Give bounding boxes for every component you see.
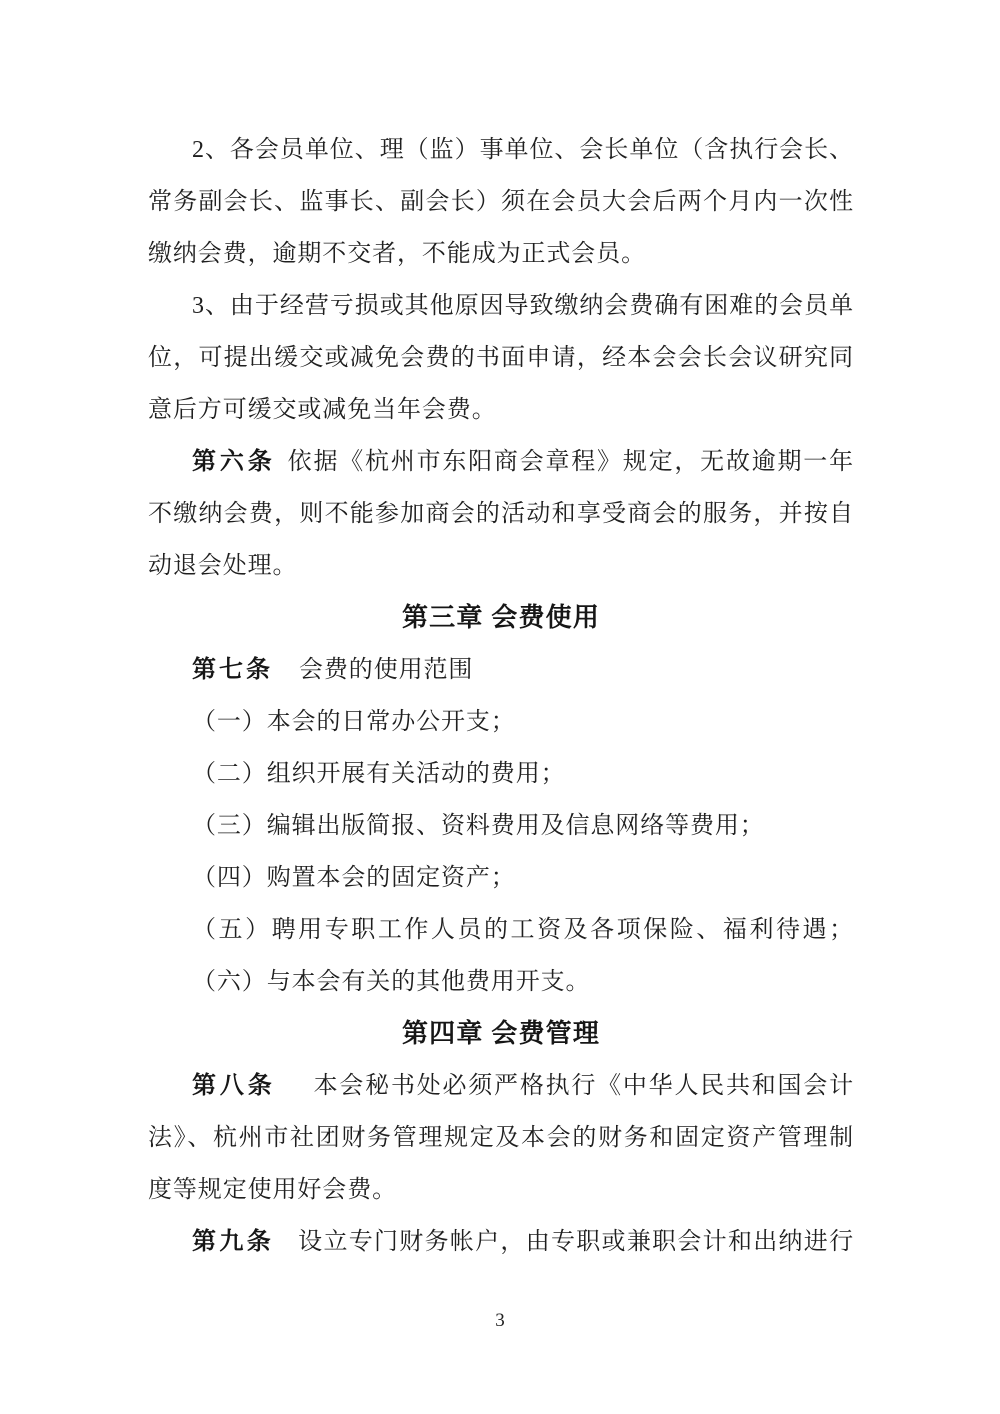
fee-use-item-4: （四）购置本会的固定资产； (148, 852, 854, 904)
paragraph-member-dues-text: 2、各会员单位、理（监）事单位、会长单位（含执行会长、常务副会长、监事长、副会长… (148, 137, 854, 267)
article-6-number: 第六条 (192, 449, 276, 475)
chapter-3-heading: 第三章 会费使用 (148, 592, 854, 644)
fee-use-item-5-text: （五）聘用专职工作人员的工资及各项保险、福利待遇； (192, 917, 854, 943)
fee-use-item-6: （六）与本会有关的其他费用开支。 (148, 956, 854, 1008)
document-body: 2、各会员单位、理（监）事单位、会长单位（含执行会长、常务副会长、监事长、副会长… (148, 124, 854, 1268)
article-9-number: 第九条 (192, 1229, 274, 1255)
fee-use-item-1-text: （一）本会的日常办公开支； (192, 709, 516, 735)
paragraph-dues-relief: 3、由于经营亏损或其他原因导致缴纳会费确有困难的会员单位，可提出缓交或减免会费的… (148, 280, 854, 436)
article-7-text: 会费的使用范围 (299, 657, 473, 683)
article-8-paragraph: 第八条本会秘书处必须严格执行《中华人民共和国会计法》、杭州市社团财务管理规定及本… (148, 1060, 854, 1216)
fee-use-item-2-text: （二）组织开展有关活动的费用； (192, 761, 566, 787)
fee-use-item-1: （一）本会的日常办公开支； (148, 696, 854, 748)
fee-use-item-4-text: （四）购置本会的固定资产； (192, 865, 516, 891)
article-7-paragraph: 第七条会费的使用范围 (148, 644, 854, 696)
fee-use-item-2: （二）组织开展有关活动的费用； (148, 748, 854, 800)
page-number: 3 (0, 1306, 1000, 1336)
chapter-4-heading: 第四章 会费管理 (148, 1008, 854, 1060)
fee-use-item-5: （五）聘用专职工作人员的工资及各项保险、福利待遇； (148, 904, 854, 956)
article-9-text: 设立专门财务帐户，由专职或兼职会计和出纳进行 (298, 1229, 854, 1255)
paragraph-member-dues: 2、各会员单位、理（监）事单位、会长单位（含执行会长、常务副会长、监事长、副会长… (148, 124, 854, 280)
fee-use-item-3-text: （三）编辑出版简报、资料费用及信息网络等费用； (192, 813, 765, 839)
fee-use-item-3: （三）编辑出版简报、资料费用及信息网络等费用； (148, 800, 854, 852)
paragraph-dues-relief-text: 3、由于经营亏损或其他原因导致缴纳会费确有困难的会员单位，可提出缓交或减免会费的… (148, 293, 854, 423)
document-page: 2、各会员单位、理（监）事单位、会长单位（含执行会长、常务副会长、监事长、副会长… (0, 0, 1000, 1414)
article-6-paragraph: 第六条依据《杭州市东阳商会章程》规定，无故逾期一年不缴纳会费，则不能参加商会的活… (148, 436, 854, 592)
article-8-number: 第八条 (192, 1073, 276, 1099)
article-7-number: 第七条 (192, 657, 273, 683)
fee-use-item-6-text: （六）与本会有关的其他费用开支。 (192, 969, 590, 995)
article-9-paragraph: 第九条设立专门财务帐户，由专职或兼职会计和出纳进行 (148, 1216, 854, 1268)
